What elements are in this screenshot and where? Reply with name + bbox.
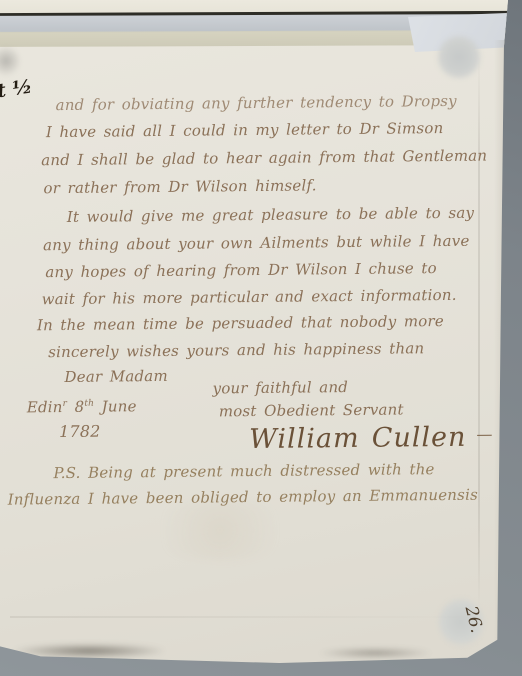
body-line: wait for his more particular and exact i… bbox=[42, 286, 457, 308]
signature: William Cullen— bbox=[249, 421, 494, 455]
body-line: any thing about your own Ailments but wh… bbox=[43, 232, 470, 254]
closing-line: most Obedient Servant bbox=[219, 400, 404, 420]
body-line: sincerely wishes yours and his happiness… bbox=[48, 339, 424, 361]
body-line: or rather from Dr Wilson himself. bbox=[43, 176, 316, 197]
scanned-letter-scene: t ½ and for obviating any further tenden… bbox=[0, 0, 522, 676]
dateline-place: Edin bbox=[27, 398, 63, 416]
dateline: Edinr 8th June bbox=[27, 397, 137, 416]
dateline-day: 8 bbox=[67, 398, 84, 416]
dateline-superscript: th bbox=[84, 399, 94, 409]
salutation: Dear Madam bbox=[64, 367, 168, 386]
dateline-month: June bbox=[94, 397, 137, 415]
dateline-year: 1782 bbox=[59, 422, 101, 441]
body-line: and for obviating any further tendency t… bbox=[56, 92, 457, 114]
postscript-line: Influenza I have been obliged to employ … bbox=[8, 486, 478, 509]
body-line: It would give me great pleasure to be ab… bbox=[67, 204, 475, 226]
letter-paper: t ½ and for obviating any further tenden… bbox=[0, 0, 508, 663]
closing-line: your faithful and bbox=[212, 378, 348, 397]
body-line: and I shall be glad to hear again from t… bbox=[41, 147, 487, 170]
body-line: any hopes of hearing from Dr Wilson I ch… bbox=[45, 259, 437, 281]
signature-name: William Cullen bbox=[249, 422, 467, 455]
letter-text: and for obviating any further tendency t… bbox=[0, 0, 511, 666]
postscript-line: P.S. Being at present much distressed wi… bbox=[53, 460, 434, 482]
signature-flourish: — bbox=[476, 424, 493, 443]
body-line: In the mean time be persuaded that nobod… bbox=[37, 312, 444, 334]
body-line: I have said all I could in my letter to … bbox=[46, 119, 444, 141]
